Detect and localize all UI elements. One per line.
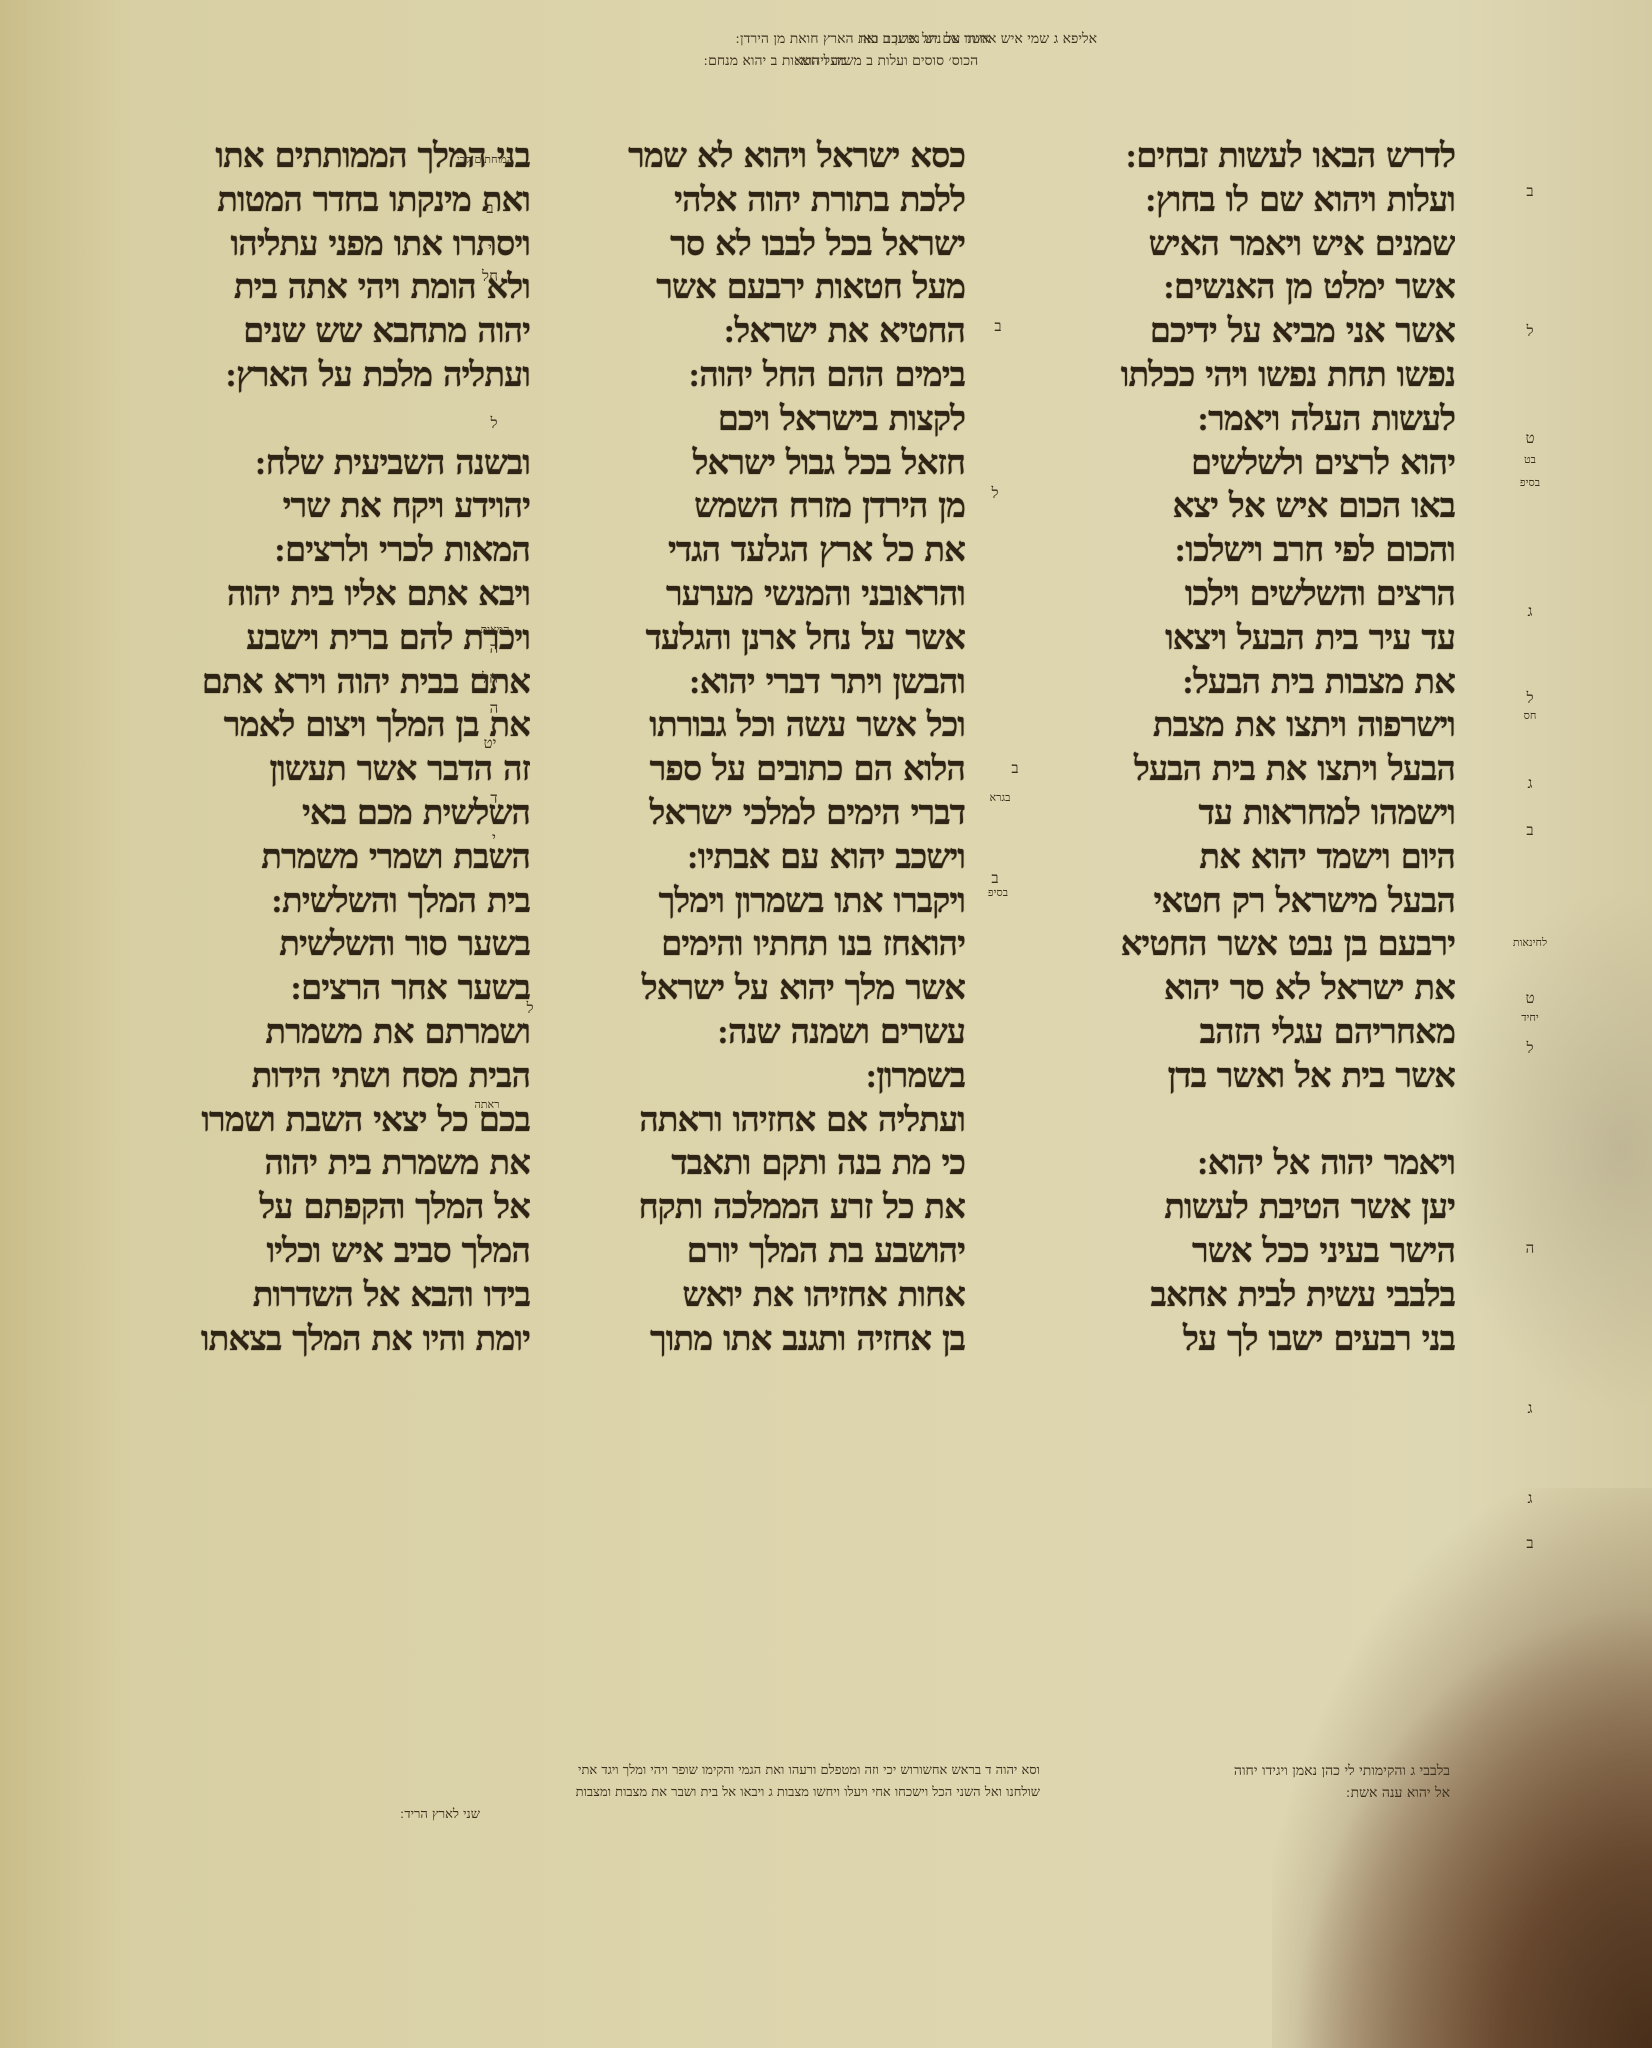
text-line: וישמהו למחראות עד (1050, 792, 1455, 836)
margin-note: ה (484, 640, 504, 656)
text-line: ואת מינקתו בחדר המטות (135, 179, 530, 223)
text-line: מן הירדן מזרח השמש (565, 485, 965, 529)
text-line: בשער אחר הרצים ׃ (135, 967, 530, 1011)
text-line: בית המלך והשלשית ׃ (135, 880, 530, 924)
text-line: והראובני והמנשי מערער (565, 573, 965, 617)
text-line: באו הכום איש אל יצא (1050, 485, 1455, 529)
text-line: עשרים ושמנה שנה ׃ (565, 1011, 965, 1055)
text-line: הבעל מישראל רק חטאי (1050, 880, 1455, 924)
text-line: כסא ישראל ויהוא לא שמר (565, 135, 965, 179)
margin-note: המאות (470, 622, 520, 638)
text-line: הרצים והשלשים וילכו (1050, 573, 1455, 617)
text-line: הבעל ויתצו את בית הבעל (1050, 748, 1455, 792)
margin-note: ה (1520, 1240, 1540, 1256)
text-line: חזאל בכל גבול ישראל (565, 442, 965, 486)
masora-top-middle: אשר על נחל ארנן ב ואת הארץ חואת מן הירדן… (560, 28, 990, 72)
margin-note: חס (1515, 708, 1545, 724)
text-line: ויסתרו אתו מפני עתליהו (135, 223, 530, 267)
text-column-middle: כסא ישראל ויהוא לא שמר ללכת בתורת יהוה א… (565, 135, 965, 1361)
text-line: את משמרת בית יהוה (135, 1142, 530, 1186)
text-line: בימים ההם החל יהוה ׃ (565, 354, 965, 398)
masora-bottom-left: וסא יהוה ד בראש אחשורוש יכי וזה ומטפלם ו… (60, 1760, 1040, 1826)
text-line: את ישראל לא סר יהוא (1050, 967, 1455, 1011)
text-line: אשר מלך יהוא על ישראל (565, 967, 965, 1011)
margin-note: ג (1520, 603, 1540, 619)
text-line: ושמרתם את משמרת (135, 1011, 530, 1055)
masora-line: אל יהוא ענה אשת ׃ (1050, 1782, 1450, 1804)
text-line: בלבבי עשית לבית אחאב (1050, 1274, 1455, 1318)
margin-note: בסיפ (1510, 475, 1550, 491)
text-line: ועלות ויהוא שם לו בחוץ ׃ (1050, 179, 1455, 223)
text-line: אשר בית אל ואשר בדן (1050, 1055, 1455, 1099)
margin-note: ראתה (462, 1097, 512, 1113)
text-line: מאחריהם עגלי הזהב (1050, 1011, 1455, 1055)
text-line: השבת ושמרי משמרת (135, 836, 530, 880)
masora-line: שני לארץ הריד ׃ (60, 1804, 1040, 1826)
text-line: ללכת בתורת יהוה אלהי (565, 179, 965, 223)
masora-line: בלבבי ג והקימותי לי כהן נאמן ויגידו יחוה (1050, 1760, 1450, 1782)
text-line: וכל אשר עשה וכל גבורתו (565, 704, 965, 748)
masora-line: מעל חטאות ב יהוא מנחם ׃ (560, 50, 990, 72)
text-line: את מצבות בית הבעל ׃ (1050, 661, 1455, 705)
text-line: אשר אני מביא על ידיכם (1050, 310, 1455, 354)
text-line: דברי הימים למלכי ישראל (565, 792, 965, 836)
margin-note: ב (1520, 183, 1540, 199)
margin-note: יחיד (1512, 1010, 1548, 1026)
margin-note: י (480, 240, 500, 256)
text-line: לקצות בישראל ויכם (565, 398, 965, 442)
margin-note: ב (1520, 822, 1540, 838)
text-line: לעשות העלה ויאמר ׃ (1050, 398, 1455, 442)
text-line: בידו והבא אל השדרות (135, 1274, 530, 1318)
masora-line: שולחנו ואל השני הכל וישכחו אחי ויעלו ויח… (60, 1782, 1040, 1804)
text-line: היום וישמד יהוא את (1050, 836, 1455, 880)
text-column-left: בני המלך הממותתים אתו ואת מינקתו בחדר המ… (135, 135, 530, 1361)
margin-note: ג (1520, 1400, 1540, 1416)
text-line: שמנים איש ויאמר האיש (1050, 223, 1455, 267)
text-line: ולא הומת ויהי אתה בית (135, 266, 530, 310)
margin-note: ב (1520, 1535, 1540, 1551)
text-line: את בן המלך ויצום לאמר (135, 704, 530, 748)
text-line: אשר ימלט מן האנשים ׃ (1050, 266, 1455, 310)
text-line: יהוידע ויקח את שרי (135, 485, 530, 529)
text-line: והכום לפי חרב וישלכו ׃ (1050, 529, 1455, 573)
text-line: והבשן ויתר דברי יהוא ׃ (565, 661, 965, 705)
text-line: וישרפוה ויתצו את מצבת (1050, 704, 1455, 748)
margin-note: ב (988, 318, 1008, 334)
text-line: ישראל בכל לבבו לא סר (565, 223, 965, 267)
text-line: ויאמר יהוה אל יהוא ׃ (1050, 1142, 1455, 1186)
margin-note: ג (1520, 1490, 1540, 1506)
text-line: בני רבעים ישבו לך על (1050, 1318, 1455, 1362)
text-line: יהוה מתחבא שש שנים (135, 310, 530, 354)
text-line: בשמרון ׃ (565, 1055, 965, 1099)
margin-note: יט (480, 735, 500, 751)
margin-note: ל (1520, 323, 1540, 339)
margin-note: ל (484, 415, 504, 431)
manuscript-page: אליפא ג שמי איש אחותו אם יש נפשכם באו הכ… (0, 0, 1652, 2048)
margin-note: ל (1520, 1040, 1540, 1056)
margin-note: ג (1520, 775, 1540, 791)
text-line: ירבעם בן נבט אשר החטיא (1050, 923, 1455, 967)
masora-bottom-right: בלבבי ג והקימותי לי כהן נאמן ויגידו יחוה… (1050, 1760, 1450, 1804)
text-line: יהושבע בת המלך יורם (565, 1230, 965, 1274)
masora-line: וסא יהוה ד בראש אחשורוש יכי וזה ומטפלם ו… (60, 1760, 1040, 1782)
text-line: מעל חטאות ירבעם אשר (565, 266, 965, 310)
margin-note: ט (1520, 430, 1540, 446)
text-line: ובשנה השביעית שלח ׃ (135, 442, 530, 486)
margin-note: ב (480, 200, 500, 216)
margin-note: ט (1520, 990, 1540, 1006)
text-line: המלך סביב איש וכליו (135, 1230, 530, 1274)
text-line: אל המלך והקפתם על (135, 1186, 530, 1230)
text-line: יומת והיו את המלך בצאתו (135, 1318, 530, 1362)
text-line: את כל זרע הממלכה ותקח (565, 1186, 965, 1230)
text-line: ויבא אתם אליו בית יהוה (135, 573, 530, 617)
text-line: השלשית מכם באי (135, 792, 530, 836)
text-line: את כל ארץ הגלעד הגדי (565, 529, 965, 573)
margin-note: י (484, 830, 504, 846)
text-line: עד עיר בית הבעל ויצאו (1050, 617, 1455, 661)
margin-note: חל (480, 670, 500, 686)
margin-note: ל (985, 485, 1005, 501)
margin-note: ל (520, 1000, 540, 1016)
text-line: הלוא הם כתובים על ספר (565, 748, 965, 792)
text-line: יען אשר הטיבת לעשות (1050, 1186, 1455, 1230)
text-line: יהוא לרצים ולשלשים (1050, 442, 1455, 486)
text-column-right: לדרש הבאו לעשות זבחים ׃ ועלות ויהוא שם ל… (1050, 135, 1455, 1361)
text-line: ועתליה מלכת על הארץ ׃ (135, 354, 530, 398)
margin-note: בגרא (975, 790, 1025, 806)
text-line: אתם בבית יהוה וירא אתם (135, 661, 530, 705)
text-line: ויקברו אתו בשמרון וימלך (565, 880, 965, 924)
text-line: ועתליה אם אחזיהו וראתה (565, 1099, 965, 1143)
margin-note: חל (480, 268, 500, 284)
text-line: החטיא את ישראל ׃ (565, 310, 965, 354)
margin-note: לחינאות (1500, 935, 1560, 951)
margin-note: ד (484, 790, 504, 806)
margin-note: בסיפ (978, 885, 1018, 901)
margin-note: ב (985, 870, 1005, 886)
text-line: אשר על נחל ארנן והגלעד (565, 617, 965, 661)
text-line: בן אחזיה ותגנב אתו מתוך (565, 1318, 965, 1362)
text-line: בשער סור והשלשית (135, 923, 530, 967)
margin-note: ה (484, 700, 504, 716)
masora-line: אשר על נחל ארנן ב ואת הארץ חואת מן הירדן… (560, 28, 990, 50)
text-line: נפשו תחת נפשו ויהי ככלתו (1050, 354, 1455, 398)
text-line: הבית מסח ושתי הידות (135, 1055, 530, 1099)
text-line: וישכב יהוא עם אבתיו ׃ (565, 836, 965, 880)
margin-note: ל (1520, 690, 1540, 706)
margin-note: ב (1005, 760, 1025, 776)
text-line: זה הדבר אשר תעשון (135, 748, 530, 792)
text-line: לדרש הבאו לעשות זבחים ׃ (1050, 135, 1455, 179)
margin-note: המוחתים קרי (455, 152, 515, 168)
text-line: יהואחז בנו תחתיו והימים (565, 923, 965, 967)
margin-note: בט (1515, 452, 1545, 468)
text-line: הישר בעיני ככל אשר (1050, 1230, 1455, 1274)
text-line: אחות אחזיהו את יואש (565, 1274, 965, 1318)
text-line: המאות לכרי ולרצים ׃ (135, 529, 530, 573)
text-line: כי מת בנה ותקם ותאבד (565, 1142, 965, 1186)
